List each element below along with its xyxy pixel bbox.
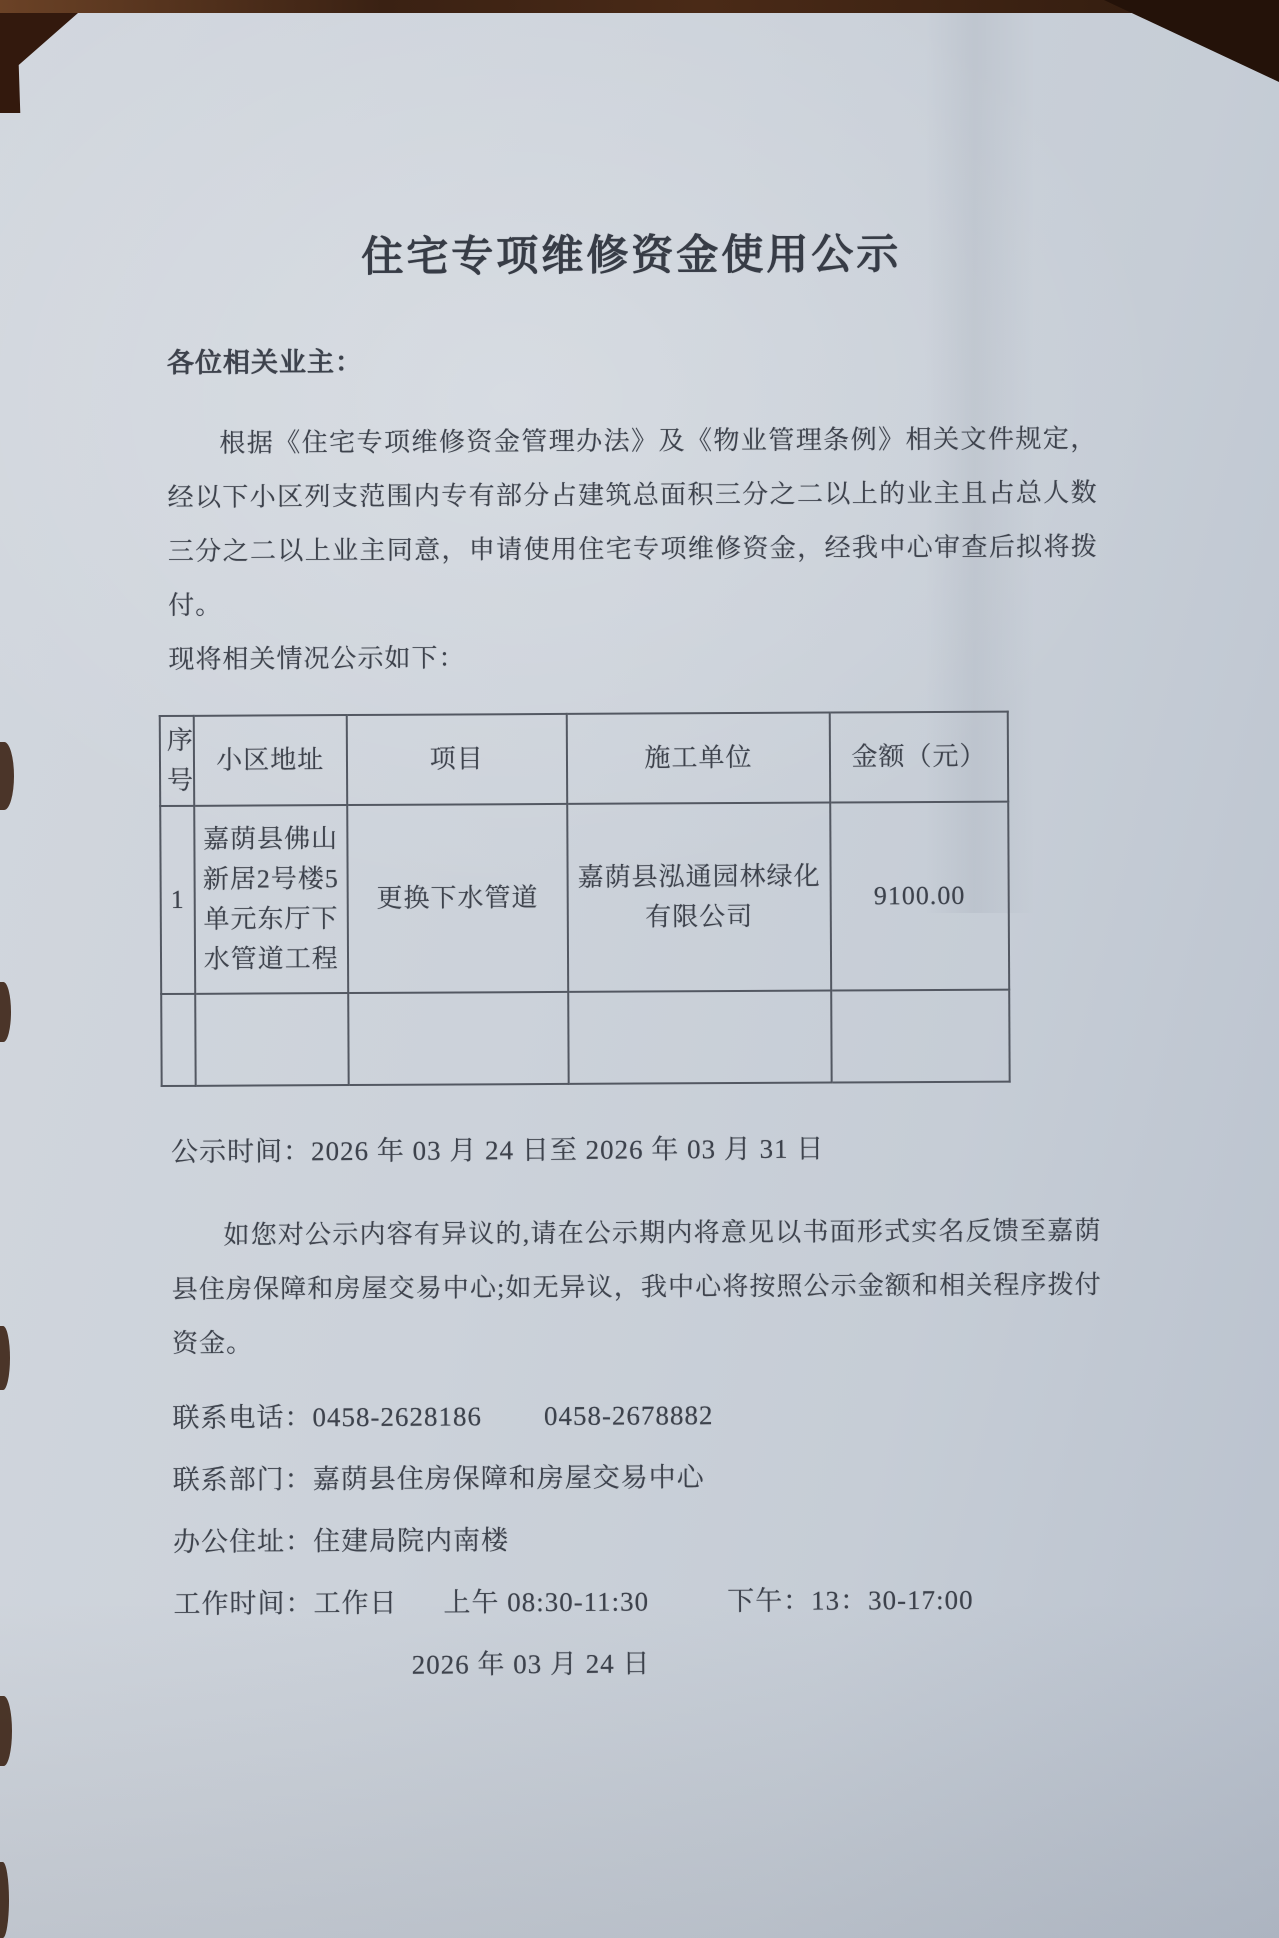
cell-empty [568, 991, 831, 1084]
header-cell-address: 小区地址 [194, 715, 347, 806]
table-row-empty [161, 990, 1009, 1086]
document-photo: { "doc": { "title": "住宅专项维修资金使用公示", "sal… [0, 0, 1279, 1938]
publicity-period: 公示时间：2026 年 03 月 24 日至 2026 年 03 月 31 日 [171, 1130, 1101, 1169]
cell-project: 更换下水管道 [347, 804, 568, 993]
page-title: 住宅专项维修资金使用公示 [165, 0, 1096, 280]
header-cell-builder: 施工单位 [567, 713, 830, 804]
contact-phone-label: 联系电话： [172, 1402, 312, 1433]
intro-paragraph-tail: 现将相关情况公示如下： [168, 628, 1098, 687]
issue-date: 2026 年 03 月 24 日 [174, 1644, 1104, 1683]
document-content: 住宅专项维修资金使用公示 各位相关业主： 根据《住宅专项维修资金管理办法》及《物… [165, 0, 1104, 1683]
working-hours-line: 工作时间：工作日上午 08:30-11:30下午：13：30-17:00 [173, 1582, 1103, 1621]
contact-phone-1: 0458-2628186 [312, 1401, 482, 1432]
table-row: 1 嘉荫县佛山新居2号楼5单元东厅下水管道工程 更换下水管道 嘉荫县泓通园林绿化… [160, 802, 1009, 994]
cell-empty [195, 993, 348, 1086]
cell-empty [348, 992, 569, 1085]
office-address-line: 办公住址：住建局院内南楼 [173, 1520, 1103, 1559]
contact-phone-2: 0458-2678882 [544, 1398, 714, 1433]
contact-department-line: 联系部门：嘉荫县住房保障和房屋交易中心 [173, 1458, 1103, 1497]
objection-paragraph: 如您对公示内容有异议的,请在公示期内将意见以书面形式实名反馈至嘉荫县住房保障和房… [171, 1204, 1102, 1371]
cell-empty [161, 994, 195, 1086]
table-header-row: 序号 小区地址 项目 施工单位 金额（元） [160, 712, 1008, 806]
cell-empty [831, 990, 1010, 1083]
salutation: 各位相关业主： [167, 345, 1097, 377]
cell-serial: 1 [160, 806, 195, 994]
header-cell-amount: 金额（元） [830, 712, 1009, 803]
intro-paragraph: 根据《住宅专项维修资金管理办法》及《物业管理条例》相关文件规定，经以下小区列支范… [167, 412, 1098, 633]
contact-phone-line: 联系电话：0458-26281860458-2678882 [172, 1396, 1102, 1435]
cell-address: 嘉荫县佛山新居2号楼5单元东厅下水管道工程 [194, 805, 348, 994]
working-hours-afternoon: 下午：13：30-17:00 [727, 1583, 974, 1618]
header-cell-project: 项目 [346, 714, 567, 805]
header-cell-serial: 序号 [160, 716, 194, 806]
cell-amount: 9100.00 [830, 802, 1009, 991]
working-hours-morning: 上午 08:30-11:30 [443, 1584, 649, 1619]
funds-table: 序号 小区地址 项目 施工单位 金额（元） 1 嘉荫县佛山新居2号楼5单元东厅下… [159, 711, 1011, 1087]
cell-builder: 嘉荫县泓通园林绿化有限公司 [567, 803, 831, 992]
working-hours-label: 工作时间：工作日 [173, 1588, 397, 1619]
